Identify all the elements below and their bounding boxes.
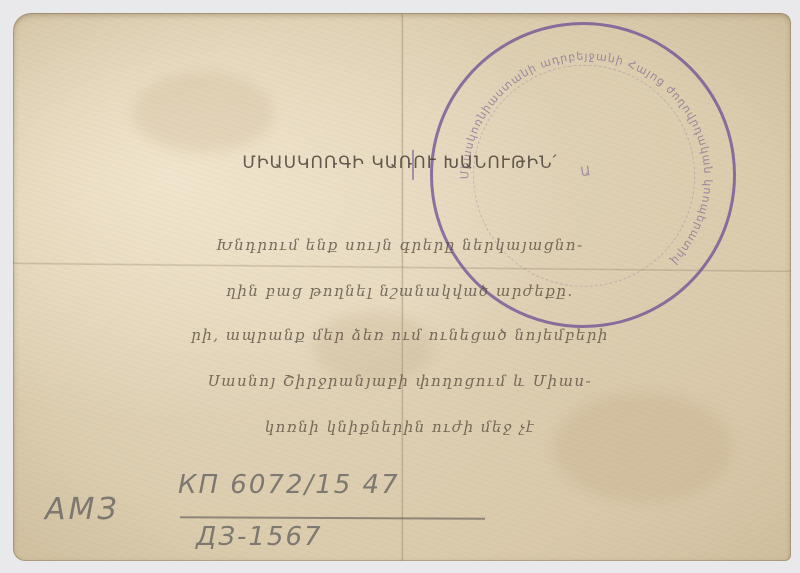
archive-code-prefix: АМЗ xyxy=(45,492,120,527)
document-heading: ՄԻԱՍԿՈՌԳԻ ԿԱՌՈՒ ԽԱՆՈՒԹԻՆ՛ xyxy=(0,153,800,173)
body-line-2: ղին բաց թողնել նշանակված արժեքը. xyxy=(0,282,800,300)
body-line-3: րի, ապրանք մեր ձեռ ում ունեցած նոյեմբերի xyxy=(0,326,800,344)
archive-inventory-number: КП 6072/15 47 xyxy=(178,470,400,500)
body-line-1: Խնդրում ենք սույն գրերը ներկայացնո- xyxy=(0,236,800,254)
body-line-4: Սասնոյ Շիրջրանյաբի փողոցում և Միաս- xyxy=(0,372,800,390)
paper-stain xyxy=(133,73,273,153)
archive-secondary-number: ДЗ-1567 xyxy=(196,522,323,552)
body-line-5: կոռնի կնիքներին ուժի մեջ չէ xyxy=(0,418,800,436)
paper-stain xyxy=(553,393,733,503)
